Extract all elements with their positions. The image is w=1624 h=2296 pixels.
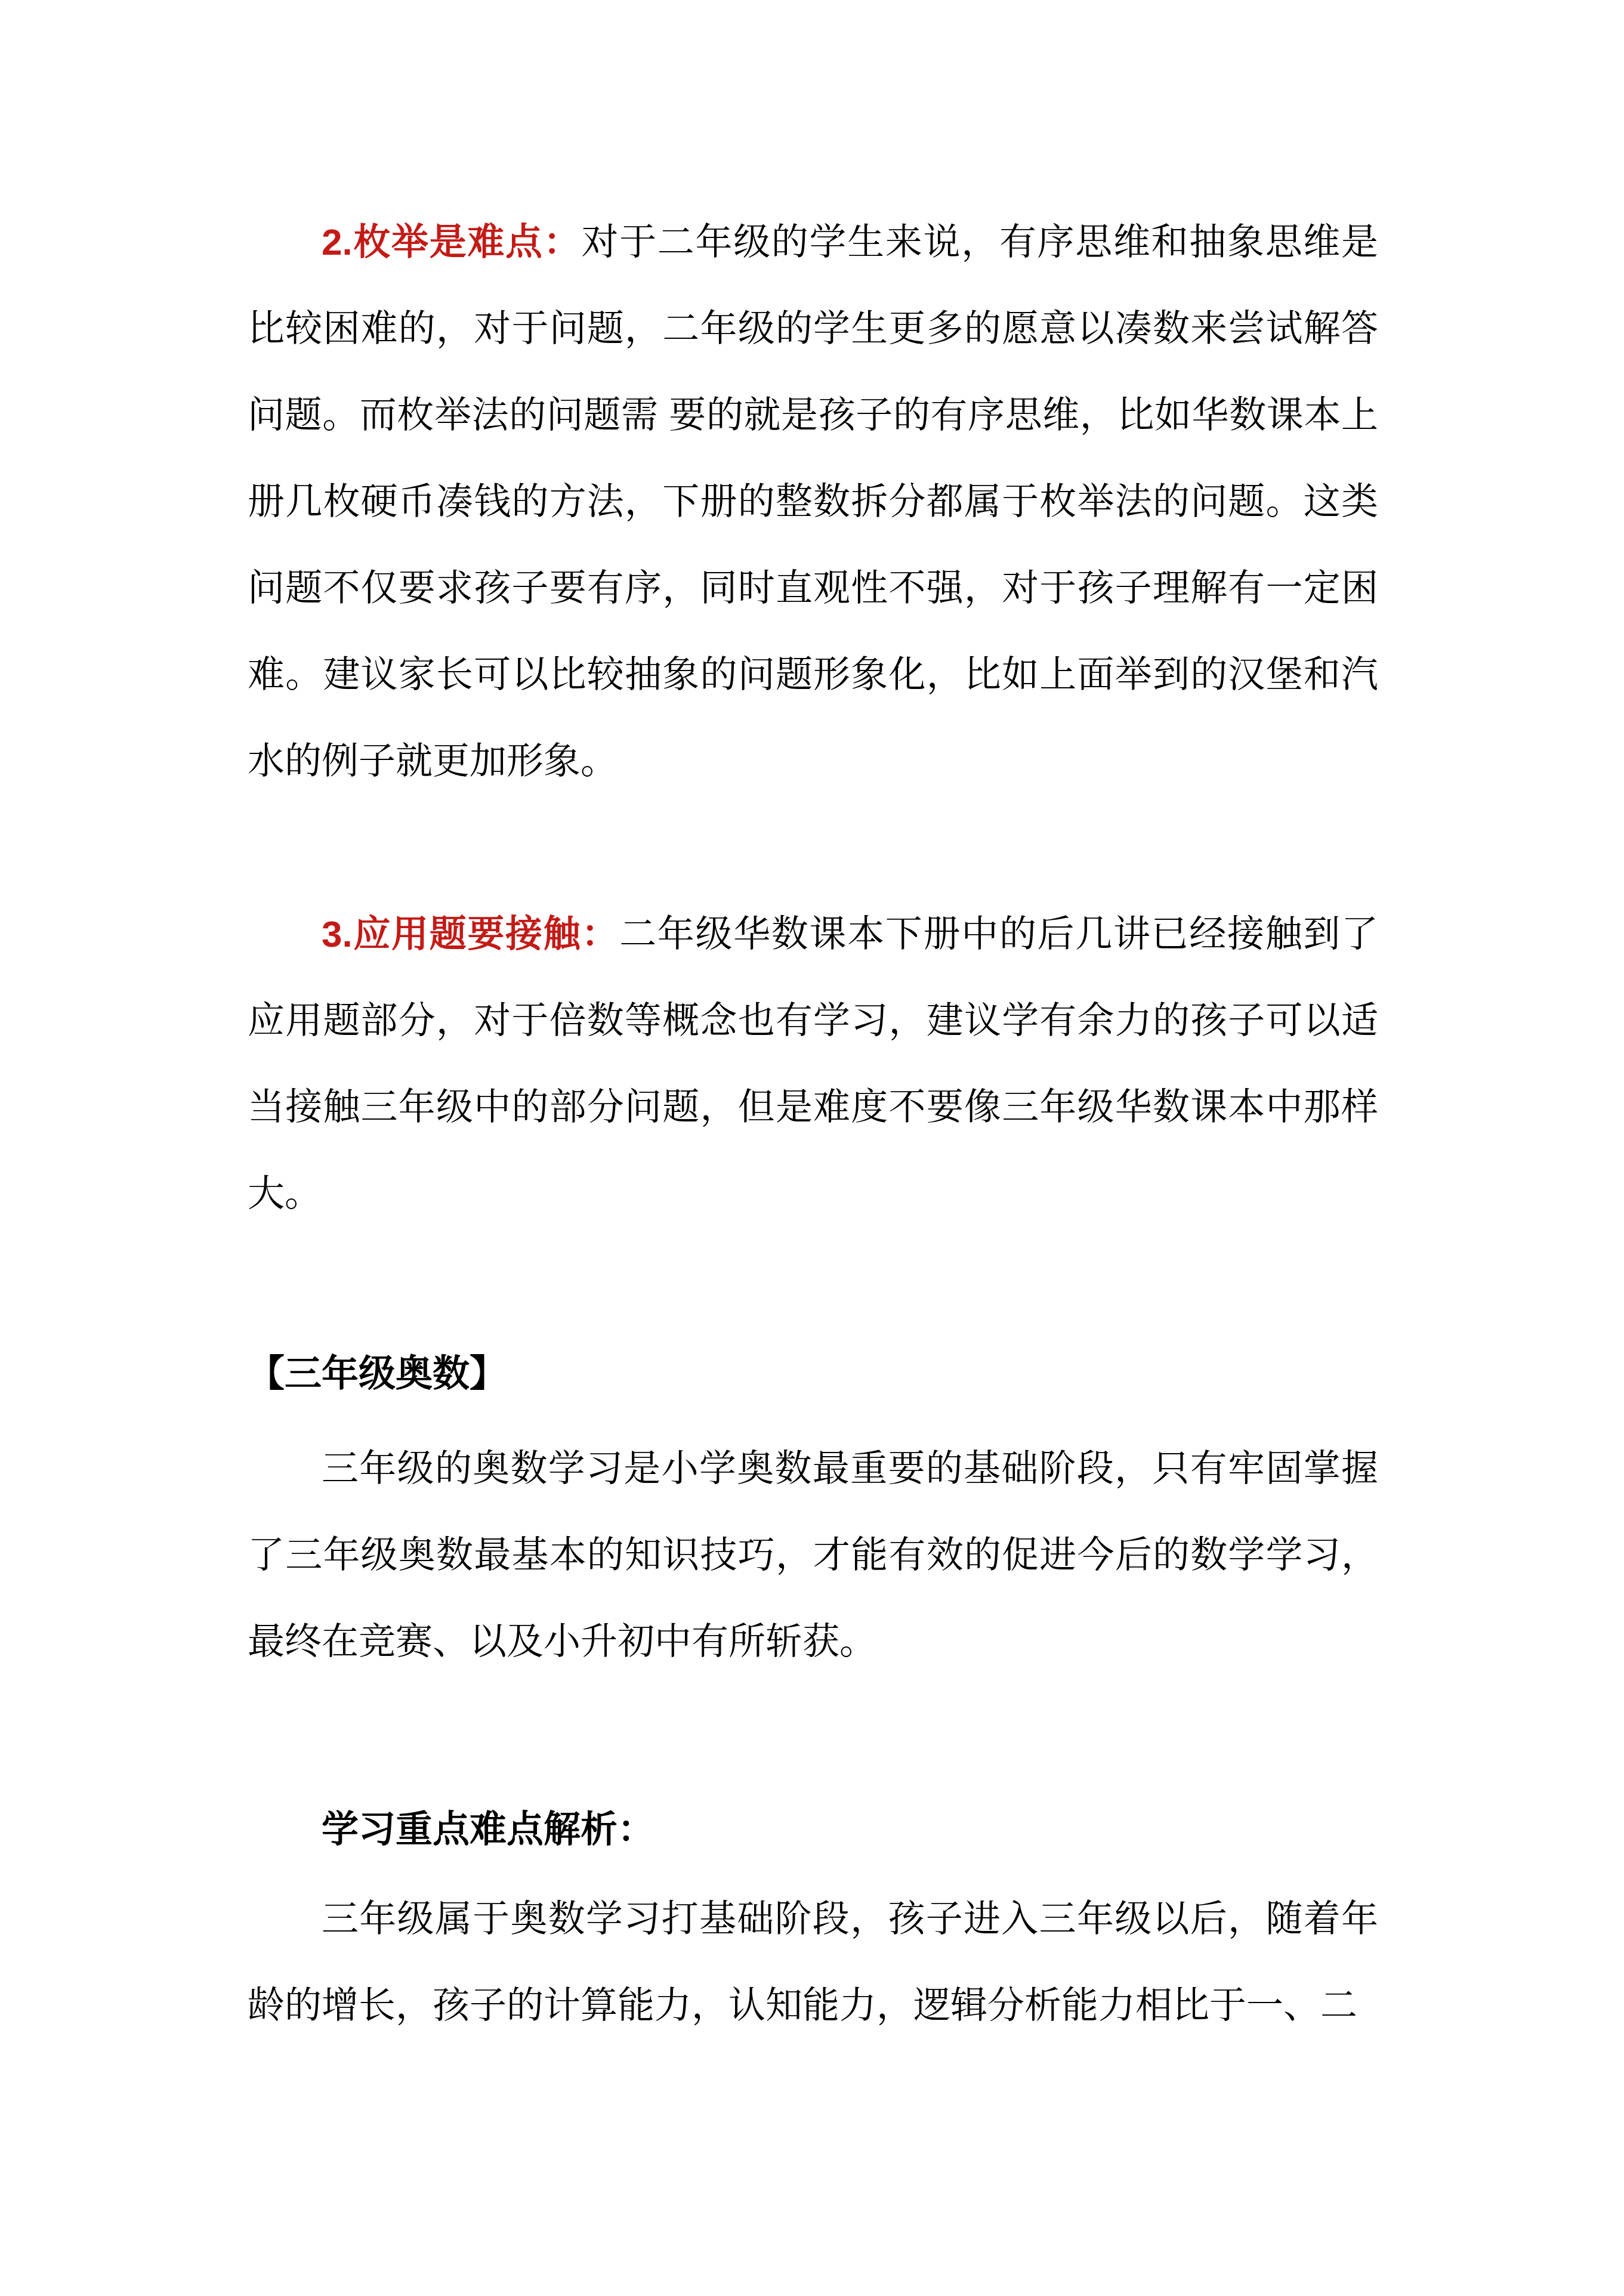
run-in-heading-enumeration: 2.枚举是难点：: [322, 222, 581, 263]
paragraph-enumeration-difficulty: 2.枚举是难点：对于二年级的学生来说，有序思维和抽象思维是比较困难的，对于问题，…: [248, 199, 1378, 805]
paragraph-word-problems-text: 二年级华数课本下册中的后几讲已经接触到了应用题部分，对于倍数等概念也有学习，建议…: [248, 914, 1378, 1215]
run-in-heading-word-problems: 3.应用题要接触：: [322, 914, 619, 955]
paragraph-enumeration-text: 对于二年级的学生来说，有序思维和抽象思维是比较困难的，对于问题，二年级的学生更多…: [248, 222, 1378, 782]
paragraph-grade3-intro: 三年级的奥数学习是小学奥数最重要的基础阶段，只有牢固掌握了三年级奥数最基本的知识…: [248, 1426, 1378, 1685]
section-heading-key-points-analysis: 学习重点难点解析：: [248, 1787, 1378, 1873]
section-heading-grade3-olympiad: 【三年级奥数】: [248, 1331, 1378, 1417]
paragraph-key-points-body: 三年级属于奥数学习打基础阶段，孩子进入三年级以后，随着年龄的增长，孩子的计算能力…: [248, 1876, 1378, 2049]
paragraph-word-problems: 3.应用题要接触：二年级华数课本下册中的后几讲已经接触到了应用题部分，对于倍数等…: [248, 891, 1378, 1237]
document-page: 2.枚举是难点：对于二年级的学生来说，有序思维和抽象思维是比较困难的，对于问题，…: [0, 0, 1624, 2296]
